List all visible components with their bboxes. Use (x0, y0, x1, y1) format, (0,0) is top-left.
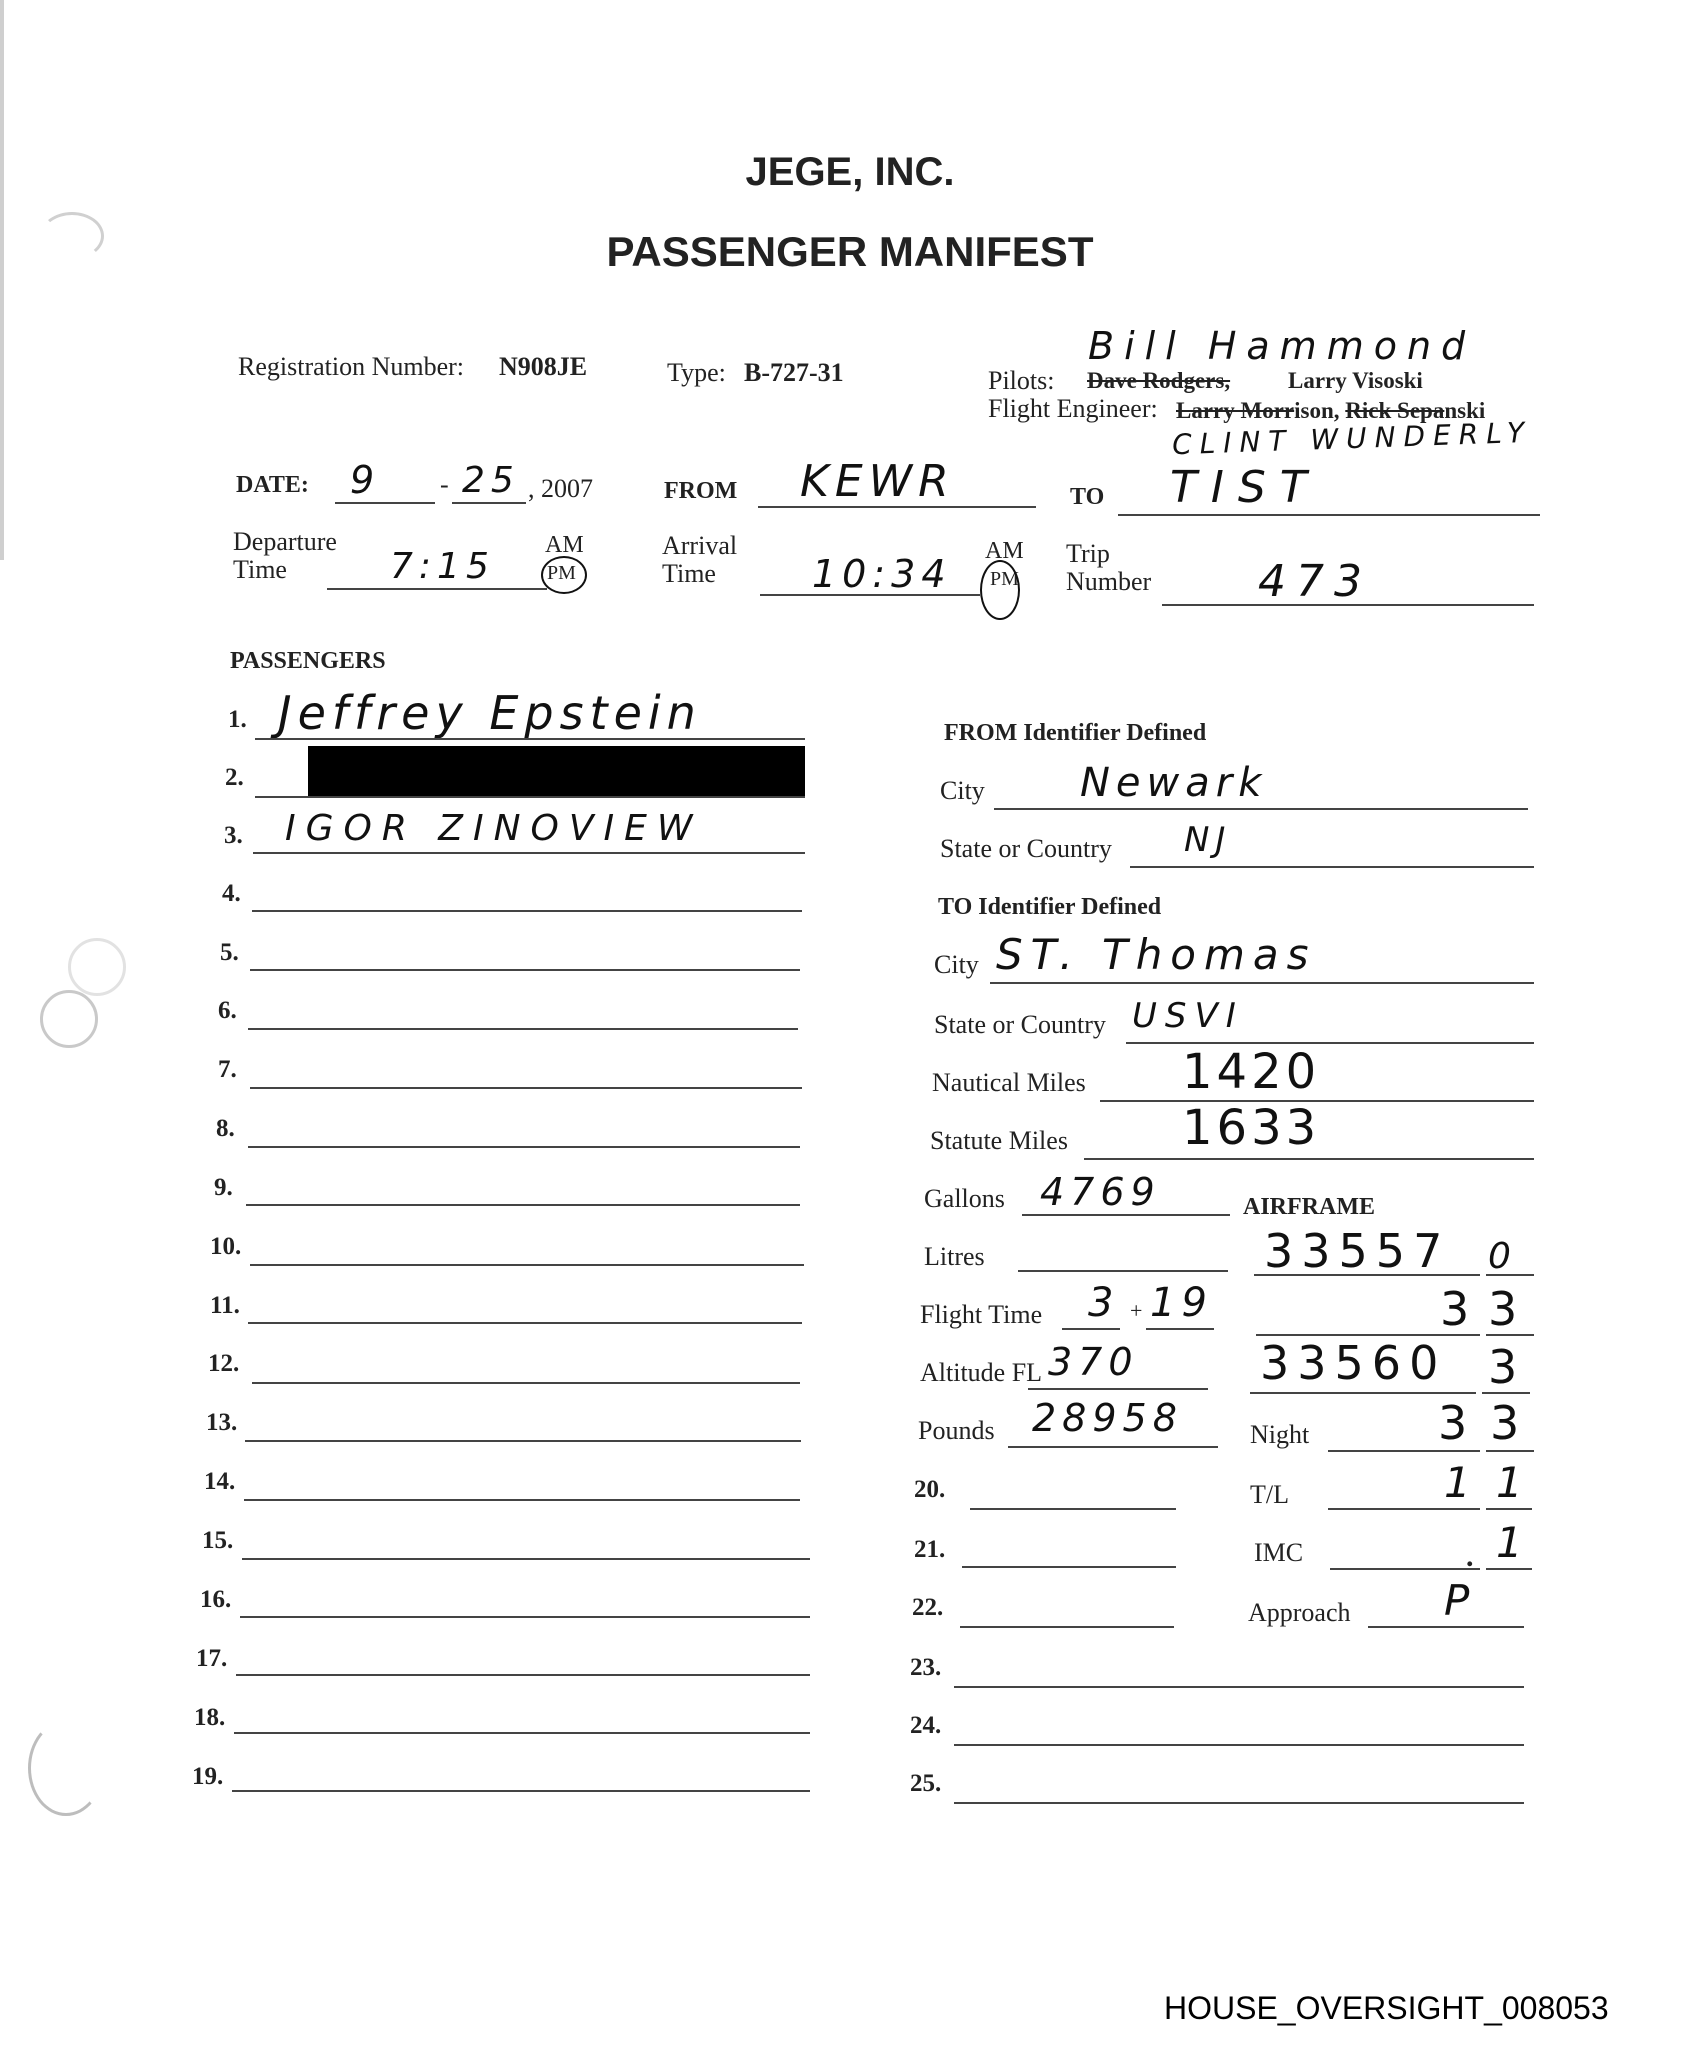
passenger-line[interactable] (245, 1440, 801, 1442)
nautical-miles-label: Nautical Miles (932, 1068, 1086, 1098)
flight-time-minutes-line (1146, 1328, 1214, 1330)
airframe-start-line (1254, 1274, 1480, 1276)
from-city-line (994, 808, 1528, 810)
passenger-line[interactable] (248, 1322, 802, 1324)
passenger-name: Jeffrey Epstein (278, 686, 702, 740)
passenger-line[interactable] (236, 1674, 810, 1676)
arrival-time-line (760, 594, 980, 596)
statute-miles-line (1084, 1158, 1534, 1160)
from-city-label: City (940, 776, 985, 806)
hole-punch-mark (68, 938, 126, 996)
passenger-line[interactable] (244, 1499, 800, 1501)
engineer-label: Flight Engineer: (988, 394, 1158, 424)
statute-miles-value: 1633 (1182, 1100, 1320, 1156)
passenger-line[interactable] (240, 1616, 810, 1618)
imc-label: IMC (1254, 1538, 1303, 1568)
tl-line (1328, 1508, 1480, 1510)
date-separator: - (440, 470, 449, 500)
arrival-time-label: ArrivalTime (662, 532, 737, 588)
trip-number-line (1162, 604, 1534, 606)
date-year: , 2007 (528, 474, 593, 504)
departure-am-option[interactable]: AM (545, 532, 584, 559)
passenger-number: 1. (228, 706, 247, 734)
gallons-label: Gallons (924, 1184, 1005, 1214)
passenger-line[interactable] (252, 910, 802, 912)
night-label: Night (1250, 1420, 1309, 1450)
passenger-number: 10. (210, 1233, 241, 1261)
from-state-line (1130, 866, 1534, 868)
passenger-number: 12. (208, 1350, 239, 1378)
passenger-number: 8. (216, 1115, 235, 1143)
passenger-number: 24. (910, 1712, 941, 1740)
passenger-line[interactable] (954, 1802, 1524, 1804)
departure-time-line (327, 588, 547, 590)
passenger-number: 14. (204, 1468, 235, 1496)
trip-number-value: 473 (1258, 556, 1372, 607)
arrival-time-value: 10:34 (812, 552, 952, 596)
date-label: DATE: (236, 472, 309, 499)
passenger-number: 21. (914, 1536, 945, 1564)
passenger-number: 19. (192, 1763, 223, 1791)
redaction-block (308, 746, 805, 796)
date-month: 9 (350, 458, 380, 502)
type-label: Type: (667, 358, 726, 388)
pilot-struck-name: Dave Rodgers, (1087, 368, 1230, 394)
passenger-line[interactable] (252, 1382, 800, 1384)
airframe-heading: AIRFRAME (1243, 1194, 1375, 1221)
airframe-added-decimal: 3 (1488, 1282, 1523, 1336)
passenger-line[interactable] (248, 1028, 798, 1030)
gallons-line (1022, 1214, 1230, 1216)
night-whole: 3 (1438, 1396, 1473, 1450)
imc-line (1330, 1568, 1480, 1570)
altitude-value: 370 (1048, 1340, 1139, 1384)
gallons-value: 4769 (1040, 1170, 1161, 1214)
passenger-number: 7. (218, 1056, 237, 1084)
approach-value: P (1444, 1576, 1475, 1625)
from-line (758, 506, 1036, 508)
departure-pm-circle (541, 556, 587, 594)
passenger-number: 22. (912, 1594, 943, 1622)
type-value: B-727-31 (744, 358, 844, 388)
from-label: FROM (664, 478, 737, 505)
passenger-line (255, 796, 805, 798)
registration-value: N908JE (499, 352, 587, 382)
pilots-handwritten: Bill Hammond (1088, 324, 1475, 368)
passenger-number: 13. (206, 1409, 237, 1437)
passenger-number: 15. (202, 1527, 233, 1555)
passenger-number: 11. (210, 1292, 240, 1320)
passenger-line[interactable] (232, 1790, 810, 1792)
airframe-start-decimal: 0 (1488, 1236, 1517, 1277)
passenger-number: 23. (910, 1654, 941, 1682)
litres-line[interactable] (1018, 1270, 1228, 1272)
passenger-number: 17. (196, 1645, 227, 1673)
passenger-number: 5. (220, 939, 239, 967)
passenger-number: 25. (910, 1770, 941, 1798)
night-decimal: 3 (1490, 1396, 1525, 1450)
document-title: PASSENGER MANIFEST (0, 228, 1700, 276)
altitude-line (1028, 1388, 1208, 1390)
passenger-line[interactable] (970, 1508, 1176, 1510)
to-identifier-heading: TO Identifier Defined (938, 894, 1161, 921)
imc-decimal: 1 (1496, 1518, 1529, 1567)
to-line (1118, 514, 1540, 516)
from-airport: KEWR (800, 456, 955, 507)
passenger-line[interactable] (954, 1744, 1524, 1746)
date-day: 25 (462, 460, 520, 501)
airframe-start-decimal-line (1486, 1274, 1534, 1276)
company-name: JEGE, INC. (0, 150, 1700, 195)
passenger-line[interactable] (954, 1686, 1524, 1688)
passengers-heading: PASSENGERS (230, 648, 386, 675)
pounds-line (1008, 1446, 1218, 1448)
tl-whole: 1 (1444, 1458, 1477, 1507)
airframe-total-decimal: 3 (1488, 1340, 1523, 1394)
registration-label: Registration Number: (238, 352, 464, 382)
passenger-line[interactable] (242, 1558, 810, 1560)
passenger-line[interactable] (234, 1732, 810, 1734)
airframe-total-whole: 33560 (1260, 1336, 1446, 1390)
to-airport: TIST (1170, 462, 1321, 513)
airframe-total-decimal-line (1482, 1392, 1530, 1394)
from-state-label: State or Country (940, 834, 1112, 864)
airframe-start-whole: 33557 (1264, 1224, 1450, 1278)
to-city-label: City (934, 950, 979, 980)
airframe-added-whole: 3 (1440, 1282, 1475, 1336)
passenger-number: 3. (224, 822, 243, 850)
passenger-number: 9. (214, 1174, 233, 1202)
night-line (1328, 1450, 1480, 1452)
tl-decimal-line (1486, 1508, 1532, 1510)
tl-decimal: 1 (1496, 1458, 1529, 1507)
passenger-name: IGOR ZINOVIEW (285, 808, 702, 849)
passenger-number: 18. (194, 1704, 225, 1732)
airframe-total-line (1250, 1392, 1476, 1394)
passenger-number: 16. (200, 1586, 231, 1614)
passenger-line[interactable] (250, 1264, 804, 1266)
flight-time-hours: 3 (1088, 1280, 1119, 1326)
altitude-label: Altitude FL (920, 1358, 1042, 1388)
from-state-value: NJ (1184, 820, 1231, 860)
pilots-label: Pilots: (988, 366, 1054, 396)
approach-label: Approach (1248, 1598, 1351, 1628)
passenger-line[interactable] (250, 969, 800, 971)
flight-time-hours-line (1062, 1328, 1120, 1330)
statute-miles-label: Statute Miles (930, 1126, 1068, 1156)
arrival-pm-circle (980, 560, 1020, 620)
departure-time-label: DepartureTime (233, 528, 337, 584)
pilot-name: Larry Visoski (1288, 368, 1423, 394)
passenger-number: 4. (222, 880, 241, 908)
to-label: TO (1070, 484, 1104, 511)
passenger-number: 6. (218, 997, 237, 1025)
litres-label: Litres (924, 1242, 985, 1272)
to-state-label: State or Country (934, 1010, 1106, 1040)
passenger-line[interactable] (248, 1146, 800, 1148)
to-state-value: USVI (1132, 996, 1244, 1036)
nautical-miles-value: 1420 (1182, 1044, 1320, 1100)
date-month-line (335, 502, 435, 504)
from-city-value: Newark (1080, 760, 1267, 806)
pounds-label: Pounds (918, 1416, 995, 1446)
passenger-line[interactable] (960, 1626, 1174, 1628)
hole-punch-mark (28, 1720, 104, 1816)
passenger-number: 2. (225, 764, 244, 792)
flight-time-separator: + (1130, 1298, 1142, 1324)
to-city-value: ST. Thomas (996, 930, 1317, 979)
engineer-struck-name: Larry Morr (1176, 398, 1294, 423)
approach-line (1368, 1626, 1524, 1628)
to-city-line (990, 982, 1534, 984)
imc-decimal-line (1486, 1568, 1532, 1570)
passenger-line[interactable] (962, 1566, 1176, 1568)
from-identifier-heading: FROM Identifier Defined (944, 720, 1206, 747)
passenger-line[interactable] (246, 1204, 800, 1206)
flight-time-label: Flight Time (920, 1300, 1042, 1330)
trip-number-label: TripNumber (1066, 540, 1151, 596)
night-decimal-line (1486, 1450, 1534, 1452)
bates-number: HOUSE_OVERSIGHT_008053 (1164, 1990, 1609, 2027)
page-edge-shadow (0, 0, 4, 560)
passenger-line[interactable] (250, 1087, 802, 1089)
passenger-line (255, 738, 805, 740)
date-day-line (452, 502, 526, 504)
departure-time-value: 7:15 (390, 546, 495, 587)
passenger-number: 20. (914, 1476, 945, 1504)
flight-time-minutes: 19 (1150, 1280, 1213, 1326)
tl-label: T/L (1250, 1480, 1289, 1510)
airframe-added-decimal-line (1486, 1334, 1534, 1336)
passenger-line (253, 852, 805, 854)
hole-punch-mark (40, 990, 98, 1048)
pounds-value: 28958 (1032, 1396, 1183, 1440)
